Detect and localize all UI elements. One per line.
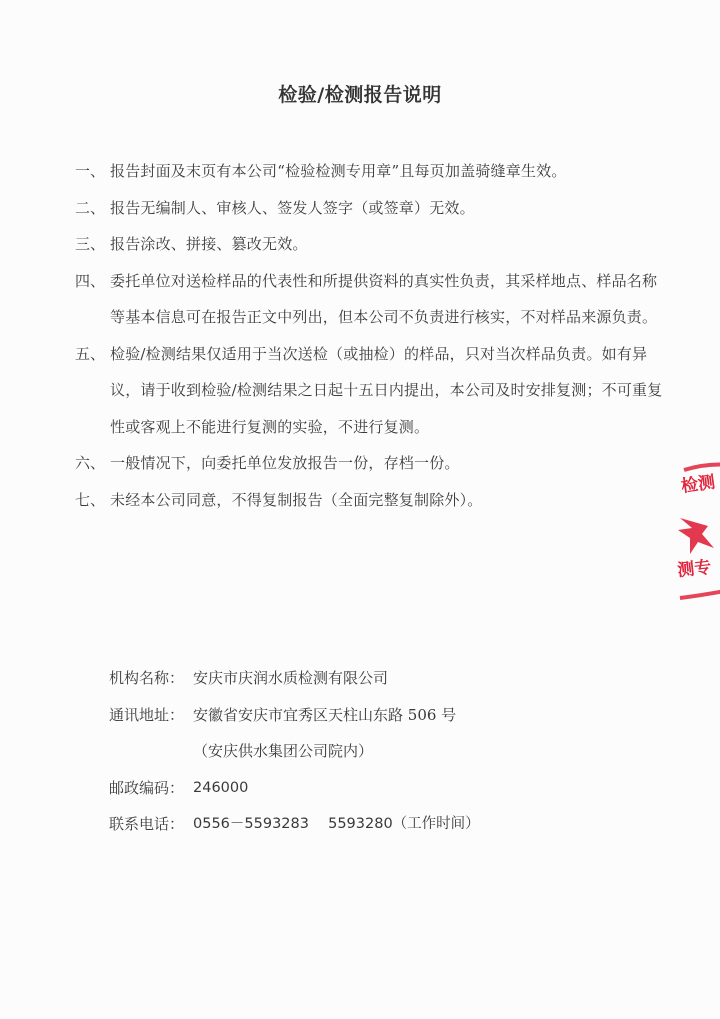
clause-item: 一、 报告封面及末页有本公司“检验检测专用章”且每页加盖骑缝章生效。 (75, 153, 665, 190)
address-note: （安庆供水集团公司院内） (193, 733, 609, 770)
clause-item: 七、 未经本公司同意，不得复制报告（全面完整复制除外）。 (75, 482, 665, 519)
contact-info: 机构名称： 安庆市庆润水质检测有限公司 通讯地址： 安徽省安庆市宜秀区天柱山东路… (109, 660, 609, 843)
page-title: 检验/检测报告说明 (0, 80, 720, 107)
postcode-label: 邮政编码： (109, 770, 193, 807)
clause-number: 五、 (75, 336, 110, 446)
org-name-value: 安庆市庆润水质检测有限公司 (193, 660, 609, 697)
clause-number: 二、 (75, 190, 110, 227)
clause-item: 二、 报告无编制人、审核人、签发人签字（或签章）无效。 (75, 190, 665, 227)
clause-text: 未经本公司同意，不得复制报告（全面完整复制除外）。 (110, 482, 665, 519)
address-note-row: （安庆供水集团公司院内） (109, 733, 609, 770)
postcode-row: 邮政编码： 246000 (109, 770, 609, 807)
clause-item: 六、 一般情况下，向委托单位发放报告一份，存档一份。 (75, 445, 665, 482)
clause-text: 报告涂改、拼接、篡改无效。 (110, 226, 665, 263)
clause-text: 检验/检测结果仅适用于当次送检（或抽检）的样品，只对当次样品负责。如有异议，请于… (110, 336, 665, 446)
phone-value: 0556－5593283 5593280（工作时间） (193, 806, 609, 843)
clause-text: 一般情况下，向委托单位发放报告一份，存档一份。 (110, 445, 665, 482)
stamp-text-bottom: 测专 (676, 557, 712, 581)
clause-number: 六、 (75, 445, 110, 482)
address-value: 安徽省安庆市宜秀区天柱山东路 506 号 (193, 697, 609, 734)
clause-text: 报告无编制人、审核人、签发人签字（或签章）无效。 (110, 190, 665, 227)
stamp-text-top: 检测 (680, 471, 717, 497)
clause-text: 委托单位对送检样品的代表性和所提供资料的真实性负责，其采样地点、样品名称等基本信… (110, 263, 665, 336)
clause-number: 七、 (75, 482, 110, 519)
phone-label: 联系电话： (109, 806, 193, 843)
clause-item: 五、 检验/检测结果仅适用于当次送检（或抽检）的样品，只对当次样品负责。如有异议… (75, 336, 665, 446)
clause-item: 三、 报告涂改、拼接、篡改无效。 (75, 226, 665, 263)
org-name-label: 机构名称： (109, 660, 193, 697)
clause-list: 一、 报告封面及末页有本公司“检验检测专用章”且每页加盖骑缝章生效。 二、 报告… (75, 153, 665, 518)
phone-row: 联系电话： 0556－5593283 5593280（工作时间） (109, 806, 609, 843)
clause-number: 三、 (75, 226, 110, 263)
address-label: 通讯地址： (109, 697, 193, 734)
seal-stamp-icon: 检测 测专 (676, 458, 720, 606)
clause-number: 一、 (75, 153, 110, 190)
address-row: 通讯地址： 安徽省安庆市宜秀区天柱山东路 506 号 (109, 697, 609, 734)
postcode-value: 246000 (193, 770, 609, 807)
address-note-spacer (109, 733, 193, 770)
clause-number: 四、 (75, 263, 110, 336)
clause-text: 报告封面及末页有本公司“检验检测专用章”且每页加盖骑缝章生效。 (110, 153, 665, 190)
clause-item: 四、 委托单位对送检样品的代表性和所提供资料的真实性负责，其采样地点、样品名称等… (75, 263, 665, 336)
org-name-row: 机构名称： 安庆市庆润水质检测有限公司 (109, 660, 609, 697)
